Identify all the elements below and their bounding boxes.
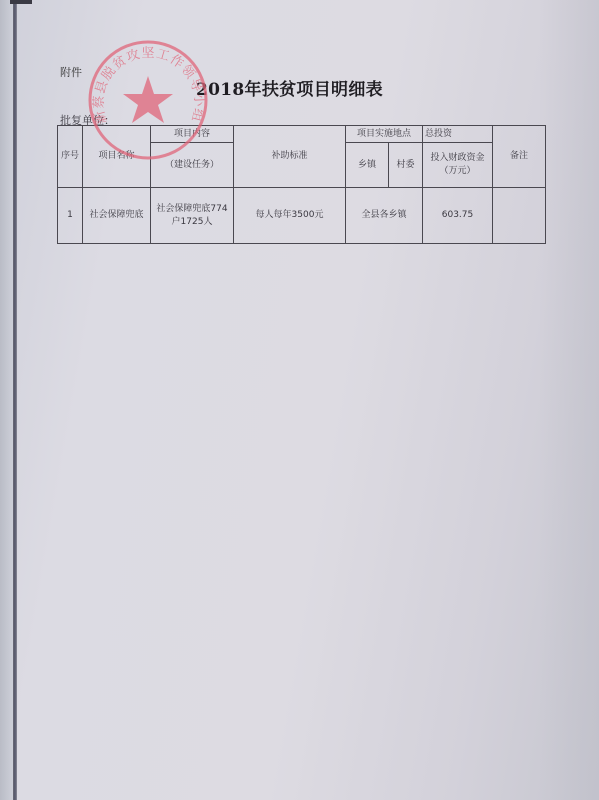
cell-project-content: 社会保障兜底774 户1725人 xyxy=(151,188,234,244)
cell-subsidy-standard: 每人每年3500元 xyxy=(234,188,346,244)
cell-project-content-line1: 社会保障兜底774 xyxy=(151,203,233,216)
document-title: 2018年扶贫项目明细表 xyxy=(196,75,383,100)
paper-fold-shade xyxy=(539,0,599,800)
header-remarks: 备注 xyxy=(493,126,546,188)
header-location-town: 乡镇 xyxy=(346,143,389,188)
header-project-content-sub: （建设任务） xyxy=(151,143,234,188)
header-subsidy-standard: 补助标准 xyxy=(234,126,346,188)
page-edge-shadow xyxy=(0,0,14,800)
cell-location: 全县各乡镇 xyxy=(346,188,423,244)
table-row: 1 社会保障兜底 社会保障兜底774 户1725人 每人每年3500元 全县各乡… xyxy=(58,188,546,244)
cell-project-name: 社会保障兜底 xyxy=(83,188,151,244)
cell-remarks xyxy=(493,188,546,244)
binder-clip xyxy=(10,0,32,4)
attachment-label: 附件 xyxy=(60,64,82,80)
header-fiscal-funds-unit: （万元） xyxy=(423,165,492,178)
header-fiscal-funds: 投入财政资金 （万元） xyxy=(423,143,493,188)
cell-seq: 1 xyxy=(58,188,83,244)
header-project-content: 项目内容 xyxy=(151,126,234,143)
header-total-investment: 总投资 xyxy=(423,126,493,143)
binder-spine xyxy=(13,0,17,800)
project-detail-table: 序号 项目名称 项目内容 补助标准 项目实施地点 总投资 备注 （建设任务） 乡… xyxy=(57,125,546,244)
header-location-village: 村委 xyxy=(389,143,423,188)
header-project-name: 项目名称 xyxy=(83,126,151,188)
header-location: 项目实施地点 xyxy=(346,126,423,143)
cell-project-content-line2: 户1725人 xyxy=(151,216,233,229)
star-icon xyxy=(123,76,173,123)
cell-fiscal-funds: 603.75 xyxy=(423,188,493,244)
header-seq: 序号 xyxy=(58,126,83,188)
header-fiscal-funds-label: 投入财政资金 xyxy=(423,152,492,165)
